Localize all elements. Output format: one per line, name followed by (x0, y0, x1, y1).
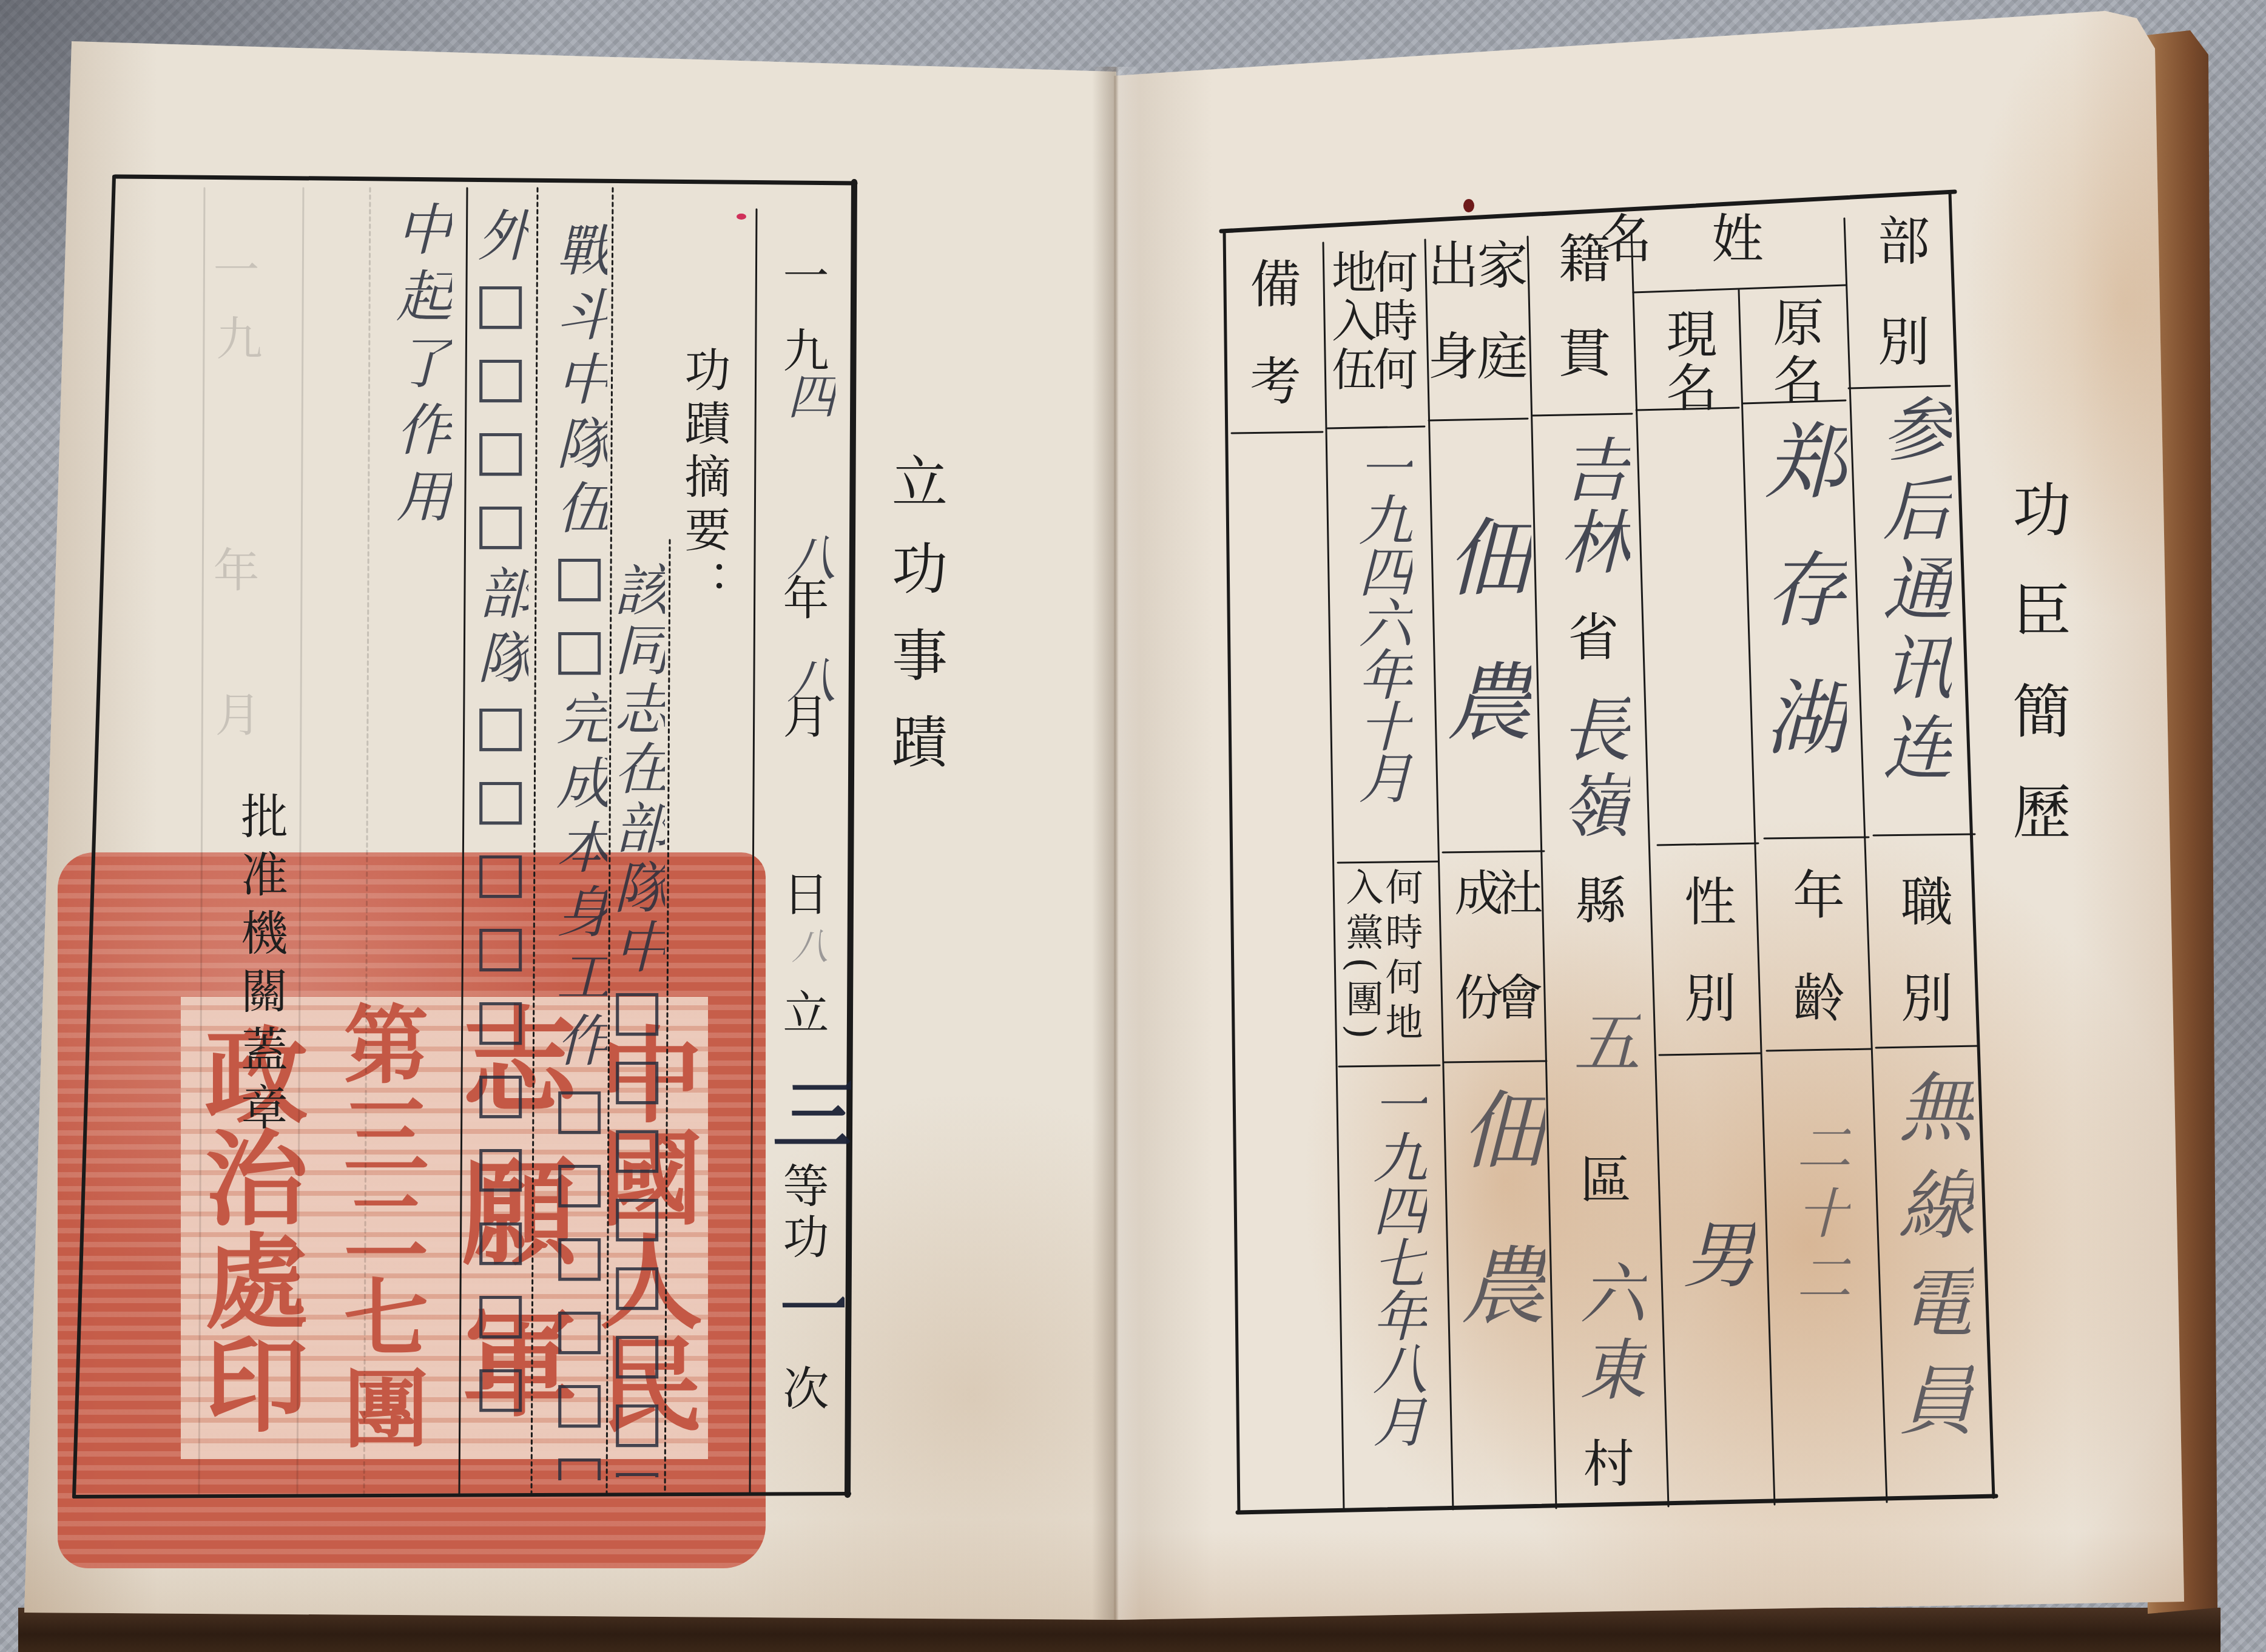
value-county: 長嶺 (1554, 693, 1624, 845)
value-unit: 参后通讯连 (1876, 393, 1946, 791)
header-sex: 性別 (1679, 874, 1732, 1067)
value-party-entry: 一九四七年八月 (1367, 1077, 1422, 1446)
date-char: 年 (779, 574, 825, 620)
value-position: 無線電員 (1892, 1068, 1968, 1458)
left-table-right-border (848, 182, 854, 1495)
merit-summary-line: 外□□□□部隊□□□□□□□□□□ (473, 206, 528, 1480)
value-original-name: 郑存湖 (1758, 419, 1840, 803)
value-age: 二十二 (1791, 1120, 1846, 1315)
value-social-status: 佃農 (1453, 1086, 1538, 1397)
label-village: 村 (1579, 1437, 1630, 1488)
merit-grade-handwritten: 三 (766, 1074, 845, 1153)
merit-summary-label: 功蹟摘要： (681, 346, 727, 613)
date-char: 月 (779, 692, 825, 738)
header-social-status: 社會成份 (1452, 868, 1534, 1086)
right-table-left-border (1224, 231, 1239, 1512)
value-district: 五 (1568, 1007, 1635, 1074)
value-family-background: 佃農 (1439, 513, 1524, 802)
ghost-print-text: 月 (211, 690, 257, 737)
header-name: 姓名 (1641, 214, 1823, 266)
merit-deeds-title: 立功事蹟 (887, 453, 943, 800)
merit-count-handwritten: 一 (766, 1271, 838, 1344)
ghost-print-text: 九 (212, 314, 258, 360)
date-char: 功 (779, 1213, 825, 1259)
approval-authority-label: 批准機關蓋章 (237, 792, 284, 1141)
left-table-top-border (115, 177, 855, 183)
ghost-print-text: 一 (209, 246, 255, 292)
right-table-bottom-border (1238, 1496, 1996, 1512)
date-char: 等 (779, 1162, 825, 1208)
left-table-bottom-border (74, 1494, 849, 1497)
summary-solid-rule (459, 188, 467, 1494)
row2-bottom-rules (1339, 1046, 1978, 1067)
label-district: 區 (1576, 1153, 1627, 1204)
date-char: 日 (779, 870, 825, 916)
label-county: 縣 (1571, 874, 1622, 925)
date-column-rule (750, 209, 757, 1494)
header-original-name: 原名 (1769, 296, 1820, 410)
value-sex: 男 (1676, 1216, 1749, 1289)
date-char: 立 (779, 988, 825, 1034)
date-char: 九 (779, 326, 825, 373)
date-handwritten: 四 (783, 371, 831, 420)
date-handwritten: 八 (789, 927, 825, 963)
left-table-rules (74, 177, 855, 1497)
header-party-entry: 何時何地入黨(團) (1336, 868, 1421, 1074)
label-province: 省 (1564, 610, 1615, 661)
date-char: 次 (779, 1364, 825, 1411)
profile-title: 功臣簡歷 (2008, 479, 2066, 882)
faint-rule (364, 188, 370, 1494)
header-family-background: 家庭出身 (1420, 238, 1523, 426)
value-enlistment: 一九四六年十月 (1353, 440, 1408, 801)
date-char: 一 (779, 252, 825, 298)
value-village: 六東 (1574, 1259, 1641, 1411)
summary-dashed-rule (531, 188, 538, 1494)
row2-top-rules (1338, 834, 1975, 863)
merit-summary-line: 該同志在部隊中□□□□□□□□□□□□ (609, 561, 665, 1477)
merit-summary-line: 戰斗中隊伍□□完成本身工作□□□□□□□□ (551, 221, 607, 1480)
value-province: 吉林 (1554, 434, 1624, 578)
summary-dashed-rule (665, 540, 670, 1494)
header-position: 職別 (1896, 874, 1948, 1067)
header-age: 年齡 (1788, 868, 1840, 1074)
header-native-place: 籍貫 (1554, 231, 1606, 420)
header-current-name: 現名 (1662, 308, 1713, 414)
faint-rule (199, 188, 204, 1494)
left-table-left-border (74, 177, 114, 1497)
faint-rule (297, 188, 303, 1494)
header-remarks: 備考 (1246, 257, 1297, 451)
ghost-print-text: 年 (209, 546, 255, 592)
merit-summary-line: 中起了作用 (391, 200, 447, 534)
header-enlistment: 何時何地入伍 (1327, 249, 1412, 400)
photo-scene: 中國人民 志願軍 第三二七團 政治處印 (0, 0, 2266, 1652)
header-unit: 部別 (1873, 214, 1925, 415)
